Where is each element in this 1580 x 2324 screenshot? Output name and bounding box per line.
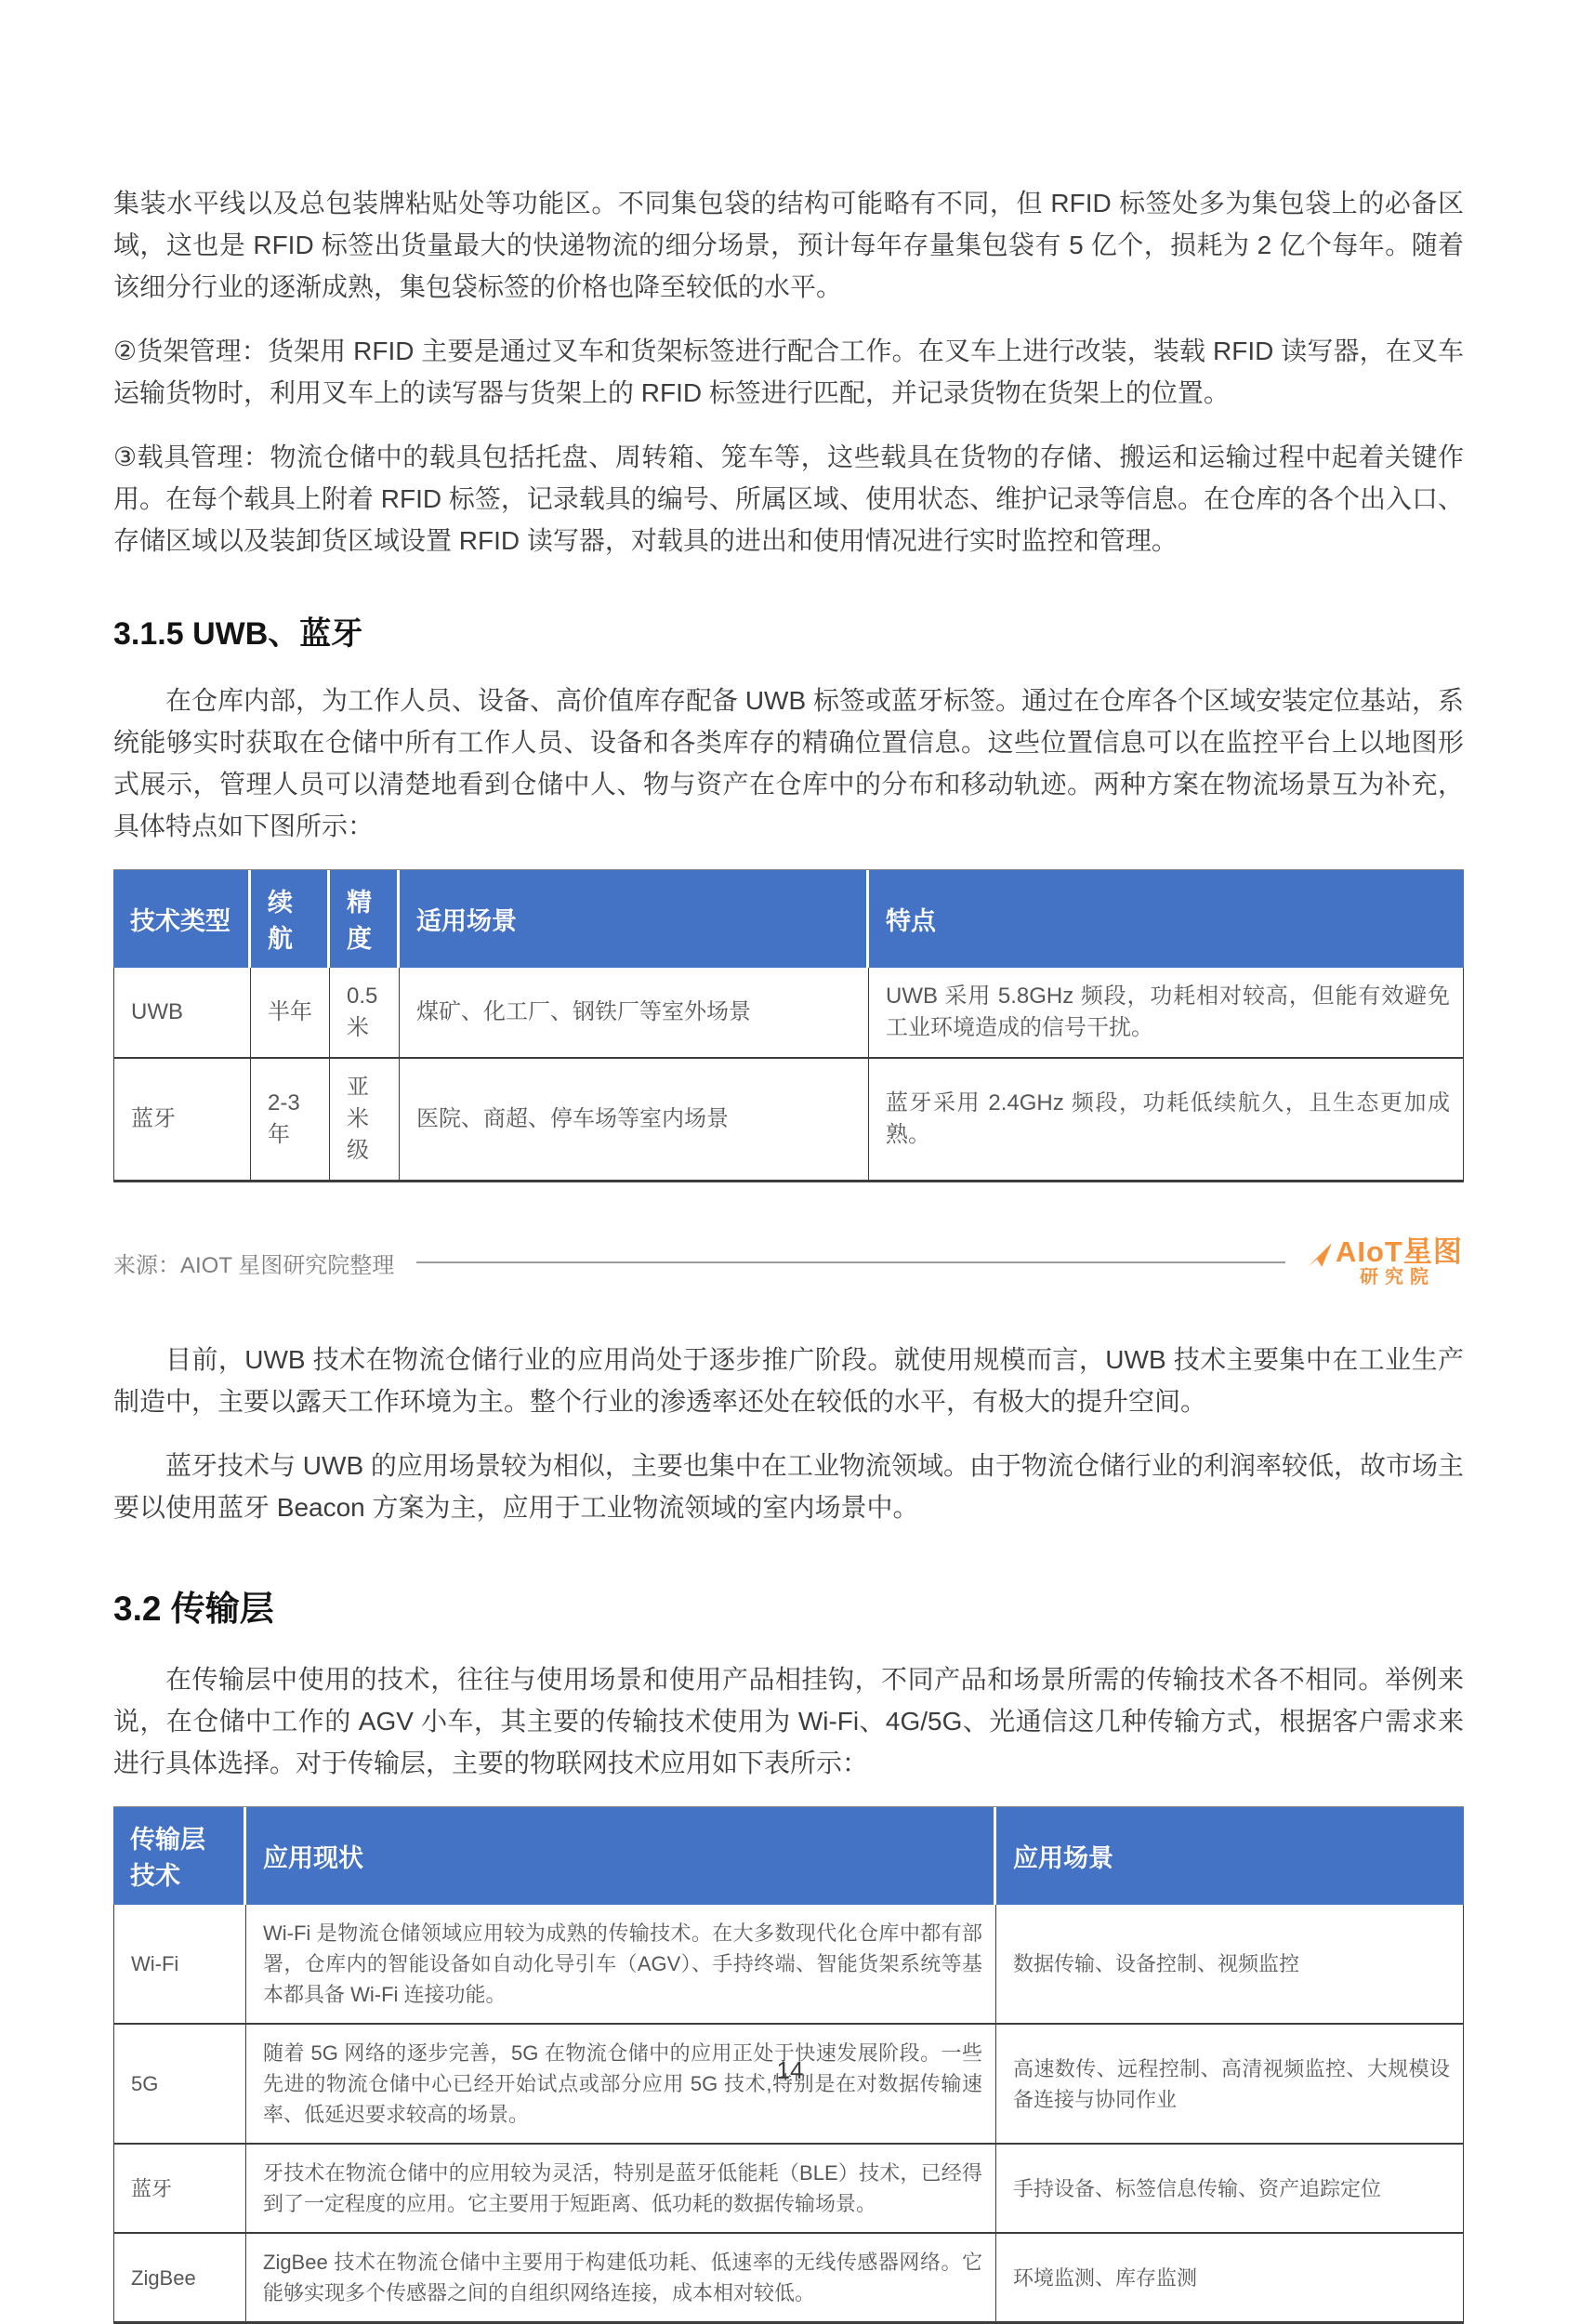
paragraph-shelf-management: ②货架管理：货架用 RFID 主要是通过叉车和货架标签进行配合工作。在叉车上进行… <box>113 330 1464 414</box>
table-header-cell: 传输层技术 <box>113 1807 246 1905</box>
table-header-cell: 精度 <box>330 870 400 968</box>
source-note: 来源：AIOT 星图研究院整理 <box>113 1247 394 1279</box>
page-number: 14 <box>0 2056 1580 2085</box>
uwb-bluetooth-comparison-table: 技术类型 续航 精度 适用场景 特点 UWB 半年 0.5 米 煤矿、化工厂、钢… <box>113 869 1464 1182</box>
table-cell: 蓝牙 <box>113 1057 251 1180</box>
table-cell: 2-3 年 <box>251 1057 330 1180</box>
aiot-research-logo: AIoT星图 研究院 <box>1306 1237 1464 1287</box>
table-cell: 亚米级 <box>330 1057 400 1180</box>
table-cell: ZigBee 技术在物流仓储中主要用于构建低功耗、低速率的无线传感器网络。它能够… <box>246 2232 996 2321</box>
table-header-cell: 特点 <box>869 870 1464 968</box>
table-cell: 数据传输、设备控制、视频监控 <box>996 1905 1464 2023</box>
table-cell: 手持设备、标签信息传输、资产追踪定位 <box>996 2143 1464 2232</box>
table-cell: 牙技术在物流仓储中的应用较为灵活，特别是蓝牙低能耗（BLE）技术，已经得到了一定… <box>246 2143 996 2232</box>
table-header-cell: 技术类型 <box>113 870 251 968</box>
table-cell: Wi-Fi 是物流仓储领域应用较为成熟的传输技术。在大多数现代化仓库中都有部署，… <box>246 1905 996 2023</box>
table-cell: Wi-Fi <box>113 1905 246 2023</box>
source-row: 来源：AIOT 星图研究院整理 AIoT星图 研究院 <box>113 1227 1464 1298</box>
table-cell: 煤矿、化工厂、钢铁厂等室外场景 <box>400 968 869 1057</box>
table-header-cell: 应用场景 <box>996 1807 1464 1905</box>
paragraph-uwb-status: 目前，UWB 技术在物流仓储行业的应用尚处于逐步推广阶段。就使用规模而言，UWB… <box>113 1339 1464 1422</box>
table-cell: UWB 采用 5.8GHz 频段，功耗相对较高，但能有效避免工业环境造成的信号干… <box>869 968 1464 1057</box>
paragraph-uwb-bluetooth-intro: 在仓库内部，为工作人员、设备、高价值库存配备 UWB 标签或蓝牙标签。通过在仓库… <box>113 680 1464 847</box>
table-cell: UWB <box>113 968 251 1057</box>
table-header-cell: 适用场景 <box>400 870 869 968</box>
logo-arrow-icon <box>1306 1242 1334 1268</box>
page-content: 集装水平线以及总包装牌粘贴处等功能区。不同集包袋的结构可能略有不同，但 RFID… <box>0 0 1580 2324</box>
table-cell: 环境监测、库存监测 <box>996 2232 1464 2321</box>
table-header-cell: 应用现状 <box>246 1807 996 1905</box>
table-cell: 0.5 米 <box>330 968 400 1057</box>
paragraph-carrier-management: ③载具管理：物流仓储中的载具包括托盘、周转箱、笼车等，这些载具在货物的存储、搬运… <box>113 436 1464 561</box>
section-heading-315: 3.1.5 UWB、蓝牙 <box>113 608 1464 654</box>
table-header-cell: 续航 <box>251 870 330 968</box>
divider-line <box>416 1261 1285 1263</box>
table-cell: 半年 <box>251 968 330 1057</box>
table-cell: ZigBee <box>113 2232 246 2321</box>
logo-text-bottom: 研究院 <box>1306 1267 1435 1287</box>
section-heading-32: 3.2 传输层 <box>113 1580 1464 1631</box>
table-cell: 蓝牙 <box>113 2143 246 2232</box>
paragraph-continuation: 集装水平线以及总包装牌粘贴处等功能区。不同集包袋的结构可能略有不同，但 RFID… <box>113 182 1464 308</box>
paragraph-transport-layer-intro: 在传输层中使用的技术，往往与使用场景和使用产品相挂钩，不同产品和场景所需的传输技… <box>113 1658 1464 1784</box>
paragraph-bluetooth-status: 蓝牙技术与 UWB 的应用场景较为相似，主要也集中在工业物流领域。由于物流仓储行… <box>113 1445 1464 1528</box>
logo-text-top: AIoT星图 <box>1336 1237 1463 1268</box>
table-cell: 蓝牙采用 2.4GHz 频段，功耗低续航久，且生态更加成熟。 <box>869 1057 1464 1180</box>
table-cell: 医院、商超、停车场等室内场景 <box>400 1057 869 1180</box>
